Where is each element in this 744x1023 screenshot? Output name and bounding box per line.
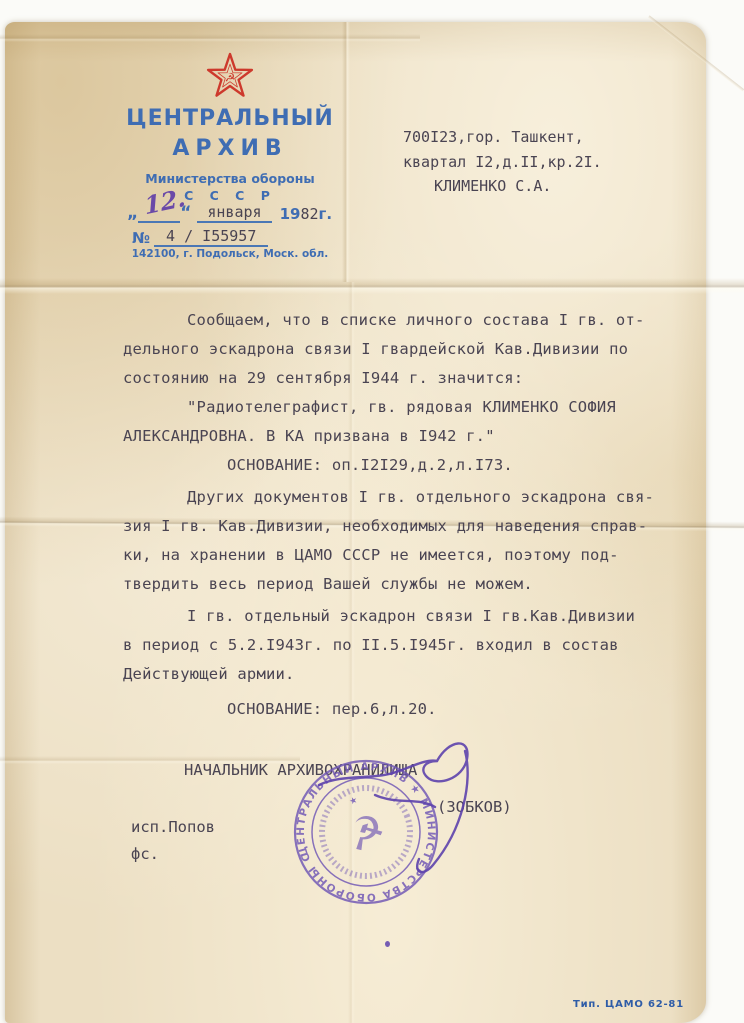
red-star-hammer-sickle-icon: ☭ [204,50,256,100]
addressee-name: КЛИМЕНКО С.А. [403,174,602,199]
body-line: Сообщаем, что в списке личного состава I… [123,306,663,335]
basis-reference-line: ОСНОВАНИЕ: пер.6,л.20. [123,695,663,724]
executor-name: исп.Попов [131,818,215,836]
date-month-blank: января [197,203,271,223]
number-sign: № [132,229,150,247]
document-number-line: № 4 / I55957 [132,227,268,247]
body-line: Других документов I гв. отдельного эскад… [123,483,663,512]
date-open-quote: „ [127,203,138,223]
letter-body: Сообщаем, что в списке личного состава I… [123,306,663,724]
typed-year: 82 [300,205,318,223]
typed-month: января [207,203,261,221]
year-printed-prefix: 19 [280,205,301,223]
svg-text:☭: ☭ [225,71,236,85]
body-line: в период с 5.2.I943г. по II.5.I945г. вхо… [123,631,663,660]
typed-document-number: 4 / I55957 [166,227,256,245]
scanned-document-page: ☭ ЦЕНТРАЛЬНЫЙ АРХИВ Министерства обороны… [0,0,744,1023]
executor-note: фс. [131,845,159,863]
basis-reference-line: ОСНОВАНИЕ: оп.I2I29,д.2,л.I73. [123,451,663,480]
addressee-block: 700I23,гор. Ташкент, квартал I2,д.II,кр.… [403,125,602,199]
body-line: Действующей армии. [123,660,663,689]
body-line: I гв. отдельный эскадрон связи I гв.Кав.… [123,602,663,631]
handwritten-signature [315,733,500,883]
body-line: АЛЕКСАНДРОВНА. В КА призвана в I942 г." [123,422,663,451]
print-shop-imprint: Тип. ЦАМО 62-81 [573,999,684,1010]
date-day-blank: 12. [138,203,180,223]
body-line: состоянию на 29 сентября I944 г. значитс… [123,364,663,393]
org-name-line3: Министерства обороны [130,171,330,186]
archive-postal-address: 142100, г. Подольск, Моск. обл. [118,248,342,260]
body-line: ки, на хранении в ЦАМО СССР не имеется, … [123,541,663,570]
addressee-line: 700I23,гор. Ташкент, [403,125,602,150]
date-line: „ 12. “ января 19 82 г. [127,203,332,223]
ink-dot [385,941,390,947]
body-line: твердить весь период Вашей службы не мож… [123,570,663,599]
body-line: дельного эскадрона связи I гвардейской К… [123,335,663,364]
year-suffix: г. [319,205,333,223]
org-name-line1: ЦЕНТРАЛЬНЫЙ [112,106,348,131]
body-line: "Радиотелеграфист, гв. рядовая КЛИМЕНКО … [123,393,663,422]
letterhead: ☭ ЦЕНТРАЛЬНЫЙ АРХИВ Министерства обороны… [130,50,330,203]
body-line: зия I гв. Кав.Дивизии, необходимых для н… [123,512,663,541]
addressee-line: квартал I2,д.II,кр.2I. [403,150,602,175]
org-name-line2: АРХИВ [130,136,330,161]
number-blank: 4 / I55957 [154,227,268,247]
